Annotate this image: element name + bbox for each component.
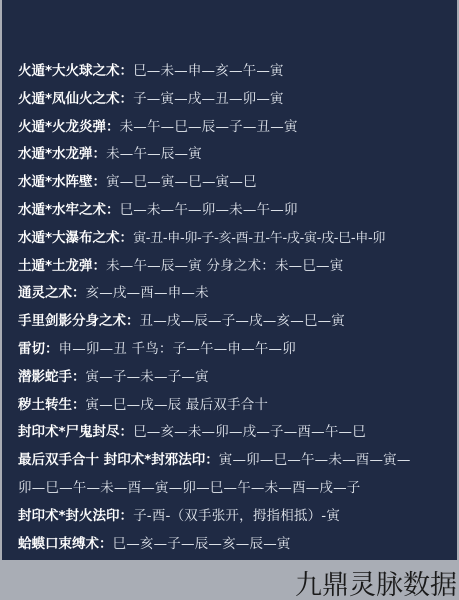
list-item-continuation: 卯—巳—午—未—酉—寅—卯—巳—午—未—酉—戌—子 [18,475,453,503]
jutsu-name: 火遁*大火球之术： [18,63,133,79]
jutsu-name: 火遁*火龙炎弹： [18,119,120,135]
list-item: 火遁*火龙炎弹：未—午—巳—辰—子—丑—寅 [18,114,453,142]
list-item: 火遁*凤仙火之术：子—寅—戌—丑—卯—寅 [18,86,453,114]
hand-seal-sequence: 未—午—巳—辰—子—丑—寅 [120,119,298,135]
list-item: 土遁*土龙弹：未—午—辰—寅 分身之术：未—巳—寅 [18,253,453,281]
hand-seal-sequence: 子—寅—戌—丑—卯—寅 [133,91,284,107]
hand-seal-sequence: 巳—未—午—卯—未—午—卯 [120,202,298,218]
list-item: 手里剑影分身之术：丑—戌—辰—子—戌—亥—巳—寅 [18,308,453,336]
hand-seal-sequence: 亥—戌—酉—申—未 [86,285,209,301]
list-item: 秽土转生：寅—巳—戌—辰 最后双手合十 [18,392,453,420]
list-item: 蛤蟆口束缚术：巳—亥—子—辰—亥—辰—寅 [18,531,453,559]
content-panel: 火遁*大火球之术：巳—未—申—亥—午—寅 火遁*凤仙火之术：子—寅—戌—丑—卯—… [2,0,457,560]
list-item: 潜影蛇手：寅—子—未—子—寅 [18,364,453,392]
list-item: 雷切：申—卯—丑 千鸟：子—午—申—午—卯 [18,336,453,364]
hand-seal-sequence: 寅-丑-申-卯-子-亥-酉-丑-午-戌-寅-戌-巳-申-卯 [133,231,385,246]
list-item: 水遁*大瀑布之术：寅-丑-申-卯-子-亥-酉-丑-午-戌-寅-戌-巳-申-卯 [18,225,453,253]
jutsu-name: 封印术*尸鬼封尽： [18,424,133,440]
list-item: 封印术*尸鬼封尽：巳—亥—未—卯—戌—子—酉—午—巳 [18,419,453,447]
hand-seal-sequence: 申—卯—丑 千鸟：子—午—申—午—卯 [59,341,296,357]
hand-seal-sequence: 寅—巳—寅—巳—寅—巳 [106,174,257,190]
list-item: 水遁*水龙弹：未—午—辰—寅 [18,141,453,169]
hand-seal-sequence: 巳—亥—子—辰—亥—辰—寅 [113,536,291,552]
jutsu-list: 火遁*大火球之术：巳—未—申—亥—午—寅 火遁*凤仙火之术：子—寅—戌—丑—卯—… [18,58,453,558]
list-item: 封印术*封火法印：子-酉-（双手张开，拇指相抵）-寅 [18,503,453,531]
jutsu-name: 水遁*大瀑布之术： [18,230,133,246]
hand-seal-sequence: 子-酉-（双手张开，拇指相抵）-寅 [133,508,340,524]
list-item: 通灵之术：亥—戌—酉—申—未 [18,280,453,308]
jutsu-name: 水遁*水阵壁： [18,174,106,190]
hand-seal-sequence: 巳—亥—未—卯—戌—子—酉—午—巳 [133,424,366,440]
jutsu-name: 雷切： [18,341,59,357]
hand-seal-sequence: 卯—巳—午—未—酉—寅—卯—巳—午—未—酉—戌—子 [18,480,361,496]
jutsu-name: 火遁*凤仙火之术： [18,91,133,107]
hand-seal-sequence: 寅—卯—巳—午—未—酉—寅— [219,452,411,468]
hand-seal-sequence: 巳—未—申—亥—午—寅 [133,63,284,79]
jutsu-name: 通灵之术： [18,285,86,301]
jutsu-name: 手里剑影分身之术： [18,313,140,329]
jutsu-name: 秽土转生： [18,397,86,413]
hand-seal-sequence: 寅—巳—戌—辰 最后双手合十 [86,397,269,413]
jutsu-name: 最后双手合十 封印术*封邪法印： [18,452,219,468]
watermark-text: 九鼎灵脉数据 [295,563,457,600]
jutsu-name: 水遁*水龙弹： [18,146,106,162]
hand-seal-sequence: 未—午—辰—寅 [106,146,202,162]
list-item: 最后双手合十 封印术*封邪法印：寅—卯—巳—午—未—酉—寅— [18,447,453,475]
hand-seal-sequence: 未—午—辰—寅 分身之术：未—巳—寅 [106,258,343,274]
jutsu-name: 水遁*水牢之术： [18,202,120,218]
list-item: 水遁*水阵壁：寅—巳—寅—巳—寅—巳 [18,169,453,197]
jutsu-name: 土遁*土龙弹： [18,258,106,274]
hand-seal-sequence: 丑—戌—辰—子—戌—亥—巳—寅 [140,313,346,329]
jutsu-name: 潜影蛇手： [18,369,86,385]
jutsu-name: 封印术*封火法印： [18,508,133,524]
list-item: 水遁*水牢之术：巳—未—午—卯—未—午—卯 [18,197,453,225]
list-item: 火遁*大火球之术：巳—未—申—亥—午—寅 [18,58,453,86]
hand-seal-sequence: 寅—子—未—子—寅 [86,369,209,385]
jutsu-name: 蛤蟆口束缚术： [18,536,113,552]
